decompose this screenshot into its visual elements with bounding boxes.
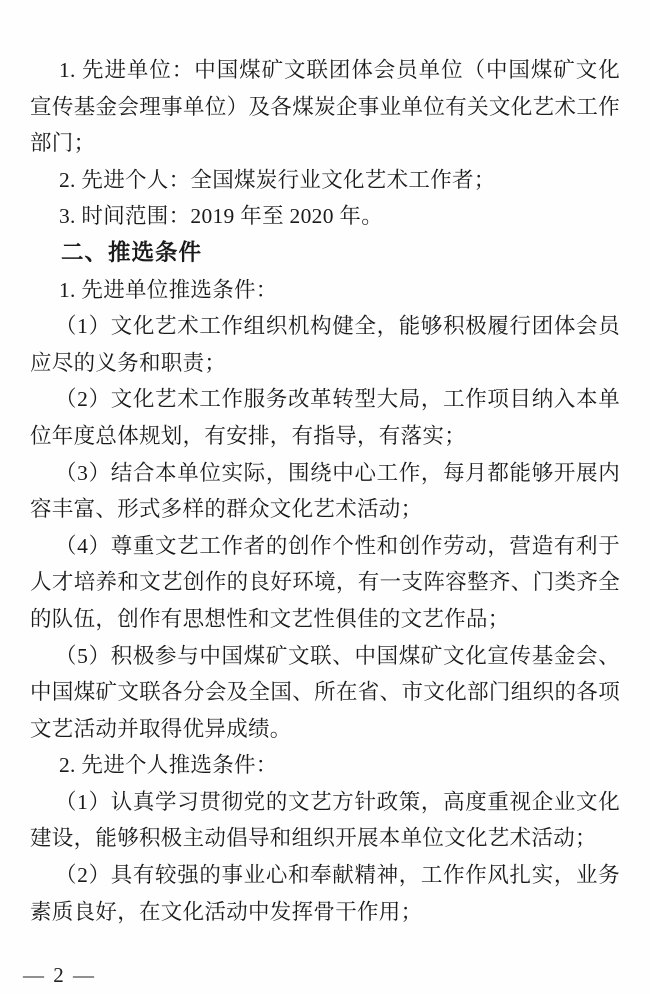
text-line: 容丰富、形式多样的群众文化艺术活动； (30, 491, 620, 528)
text-line: （2）文化艺术工作服务改革转型大局，工作项目纳入本单 (30, 381, 620, 418)
text-line: （1）认真学习贯彻党的文艺方针政策，高度重视企业文化 (30, 784, 620, 821)
document-page: 1. 先进单位：中国煤矿文联团体会员单位（中国煤矿文化宣传基金会理事单位）及各煤… (0, 0, 650, 994)
text-line: 建设，能够积极主动倡导和组织开展本单位文化艺术活动； (30, 820, 620, 857)
text-line: 中国煤矿文联各分会及全国、所在省、市文化部门组织的各项 (30, 674, 620, 711)
text-line: 位年度总体规划，有安排，有指导，有落实； (30, 418, 620, 455)
text-line: 部门； (30, 125, 620, 162)
text-line: 应尽的义务和职责； (30, 345, 620, 382)
text-line: 人才培养和文艺创作的良好环境，有一支阵容整齐、门类齐全 (30, 564, 620, 601)
document-body: 1. 先进单位：中国煤矿文联团体会员单位（中国煤矿文化宣传基金会理事单位）及各煤… (0, 52, 650, 930)
text-line: 1. 先进单位推选条件： (30, 272, 620, 309)
text-line: 宣传基金会理事单位）及各煤炭企事业单位有关文化艺术工作 (30, 89, 620, 126)
text-line: 2. 先进个人推选条件： (30, 747, 620, 784)
text-line: 二、推选条件 (30, 235, 620, 272)
text-line: 1. 先进单位：中国煤矿文联团体会员单位（中国煤矿文化 (30, 52, 620, 89)
text-line: 素质良好，在文化活动中发挥骨干作用； (30, 894, 620, 931)
text-line: 的队伍，创作有思想性和文艺性俱佳的文艺作品； (30, 601, 620, 638)
page-number: — 2 — (23, 963, 96, 988)
text-line: 3. 时间范围：2019 年至 2020 年。 (30, 198, 620, 235)
text-line: （5）积极参与中国煤矿文联、中国煤矿文化宣传基金会、 (30, 638, 620, 675)
text-line: （1）文化艺术工作组织机构健全，能够积极履行团体会员 (30, 308, 620, 345)
text-line: 2. 先进个人：全国煤炭行业文化艺术工作者； (30, 162, 620, 199)
text-line: 文艺活动并取得优异成绩。 (30, 711, 620, 748)
text-line: （2）具有较强的事业心和奉献精神，工作作风扎实，业务 (30, 857, 620, 894)
text-line: （3）结合本单位实际，围绕中心工作，每月都能够开展内 (30, 455, 620, 492)
text-line: （4）尊重文艺工作者的创作个性和创作劳动，营造有利于 (30, 528, 620, 565)
